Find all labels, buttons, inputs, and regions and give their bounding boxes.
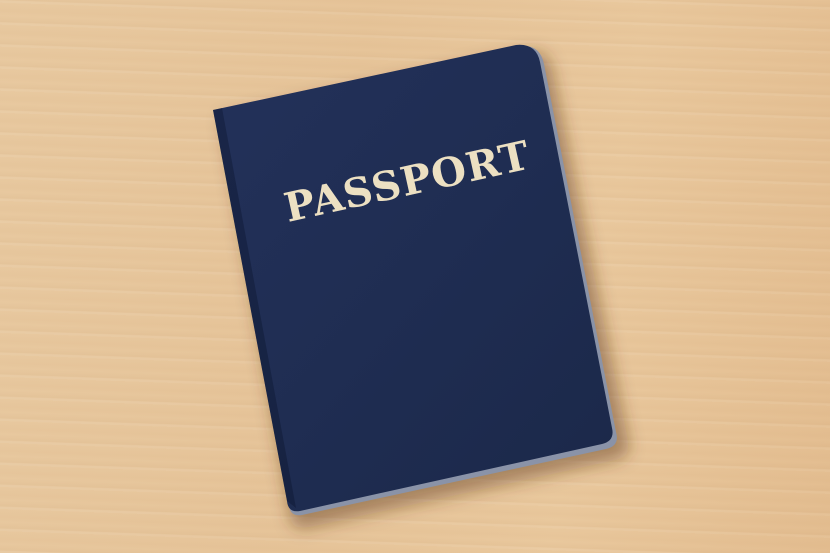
passport-scene: PASSPORT <box>0 0 830 553</box>
